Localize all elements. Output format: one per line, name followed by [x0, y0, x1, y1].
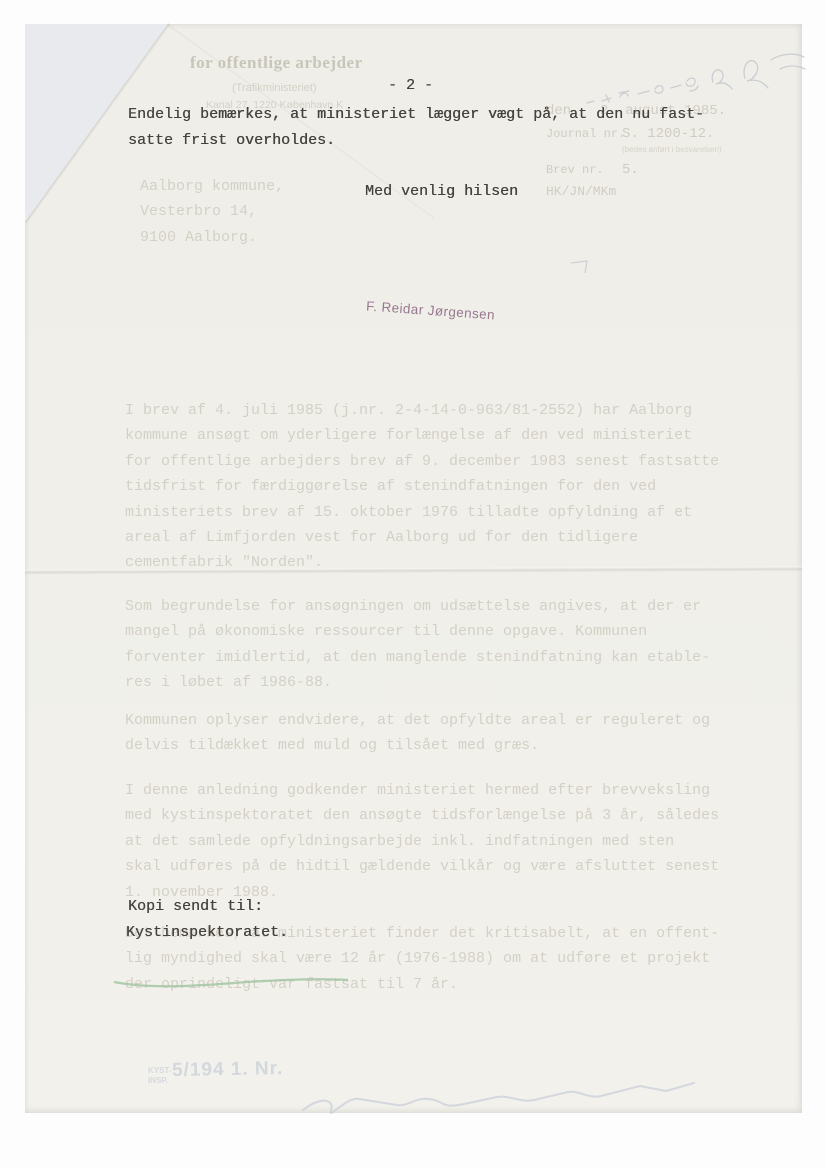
bleed-bottom-stamp-org1: KYST- — [148, 1066, 172, 1075]
bleed-text-line: tidsfrist for færdiggørelse af stenindfa… — [125, 474, 719, 499]
copy-sent-label: Kopi sendt til: — [128, 899, 263, 914]
bleed-text-line: 9100 Aalborg. — [140, 225, 284, 250]
bleed-paragraph-4: I denne anledning godkender ministeriet … — [125, 778, 719, 905]
bleed-text-line: skal udføres på de hidtil gældende vilkå… — [125, 854, 719, 879]
bleed-text-line: kommune ansøgt om yderligere forlængelse… — [125, 423, 719, 448]
bleed-text-line: Aalborg kommune, — [140, 174, 284, 199]
bleed-text-line: Kommunen oplyser endvidere, at det opfyl… — [125, 708, 710, 733]
bleed-journal-label: Journal nr. — [546, 128, 625, 140]
bleed-journal-value: S. 1200-12. — [622, 127, 714, 141]
bleed-brev-label: Brev nr. — [546, 164, 604, 176]
scanned-letter-page: for offentlige arbejder (Trafikministeri… — [0, 0, 826, 1169]
bleed-text-line: at det samlede opfyldningsarbejde inkl. … — [125, 829, 719, 854]
body-line-2: satte frist overholdes. — [128, 133, 335, 148]
bleed-text-line: for offentlige arbejders brev af 9. dece… — [125, 449, 719, 474]
body-line-1: Endelig bemærkes, at ministeriet lægger … — [128, 107, 704, 122]
bleed-paragraph-2: Som begrundelse for ansøgningen om udsæt… — [125, 594, 710, 696]
bleed-text-line: I brev af 4. juli 1985 (j.nr. 2-4-14-0-9… — [125, 398, 719, 423]
bleed-letterhead-title: for offentlige arbejder — [190, 54, 363, 71]
bleed-brev-value: 5. — [622, 163, 639, 177]
copy-recipient: Kystinspektoratet. — [126, 925, 288, 940]
page-number: - 2 - — [388, 78, 433, 93]
bleed-text-line: res i løbet af 1986-88. — [125, 670, 710, 695]
green-underline — [112, 942, 352, 1022]
closing-salutation: Med venlig hilsen — [365, 184, 518, 199]
bleed-journal-note: (bedes anført i besvarelsen) — [622, 146, 722, 154]
bleed-text-line: forventer imidlertid, at den manglende s… — [125, 645, 710, 670]
bleed-text-line: med kystinspektoratet den ansøgte tidsfo… — [125, 803, 719, 828]
pencil-tick-icon — [568, 226, 606, 310]
bleed-text-line: Vesterbro 14, — [140, 199, 284, 224]
bleed-text-line: cementfabrik "Norden". — [125, 550, 719, 575]
bleed-recipient-address: Aalborg kommune,Vesterbro 14,9100 Aalbor… — [140, 174, 284, 250]
bleed-initials: HK/JN/MKm — [546, 185, 616, 198]
bleed-text-line: ministeriets brev af 15. oktober 1976 ti… — [125, 500, 719, 525]
bleed-text-line: delvis tildækket med muld og tilsået med… — [125, 733, 710, 758]
bleed-paragraph-3: Kommunen oplyser endvidere, at det opfyl… — [125, 708, 710, 759]
bleed-bottom-handwriting — [295, 1046, 755, 1160]
bleed-text-line: I denne anledning godkender ministeriet … — [125, 778, 719, 803]
bleed-bottom-stamp-org2: INSP. — [148, 1076, 168, 1085]
bleed-text-line: mangel på økonomiske ressourcer til denn… — [125, 619, 710, 644]
bleed-text-line: areal af Limfjorden vest for Aalborg ud … — [125, 525, 719, 550]
bleed-bottom-stamp-number: 5/194 1. Nr. — [172, 1059, 284, 1080]
bleed-paragraph-1: I brev af 4. juli 1985 (j.nr. 2-4-14-0-9… — [125, 398, 719, 576]
bleed-text-line: Som begrundelse for ansøgningen om udsæt… — [125, 594, 710, 619]
bleed-letterhead-subtitle: (Trafikministeriet) — [232, 83, 317, 94]
